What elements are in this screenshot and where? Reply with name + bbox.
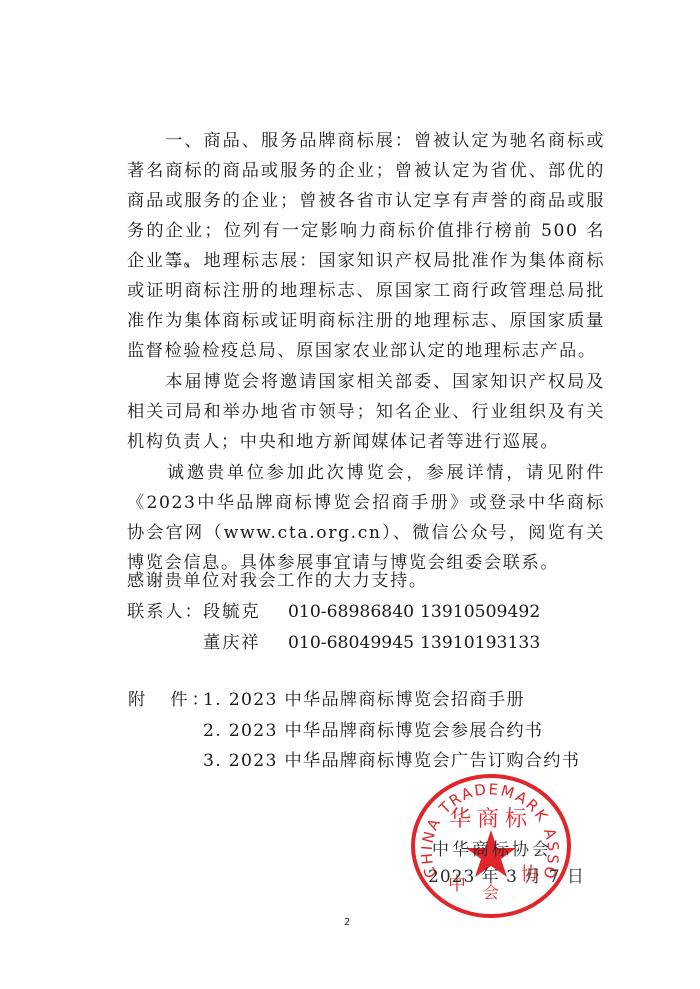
paragraph-invitees: 本届博览会将邀请国家相关部委、国家知识产权局及相关司局和举办地省市领导；知名企业… <box>127 367 605 457</box>
contact-name: 董庆祥 <box>203 628 261 658</box>
signature-date: 2023 年 3 月 7 日 <box>428 864 585 890</box>
attachment-item-1[interactable]: 1. 2023 中华品牌商标博览会招商手册 <box>203 685 525 715</box>
paragraph-geo-exhibition: 二、地理标志展：国家知识产权局批准作为集体商标或证明商标注册的地理标志、原国家工… <box>127 246 605 366</box>
document-page: 一、商品、服务品牌商标展：曾被认定为驰名商标或著名商标的商品或服务的企业；曾被认… <box>0 0 700 989</box>
paragraph-invitation: 诚邀贵单位参加此次博览会，参展详情，请见附件《2023中华品牌商标博览会招商手册… <box>127 458 605 578</box>
signature-org: 中华商标协会 <box>432 837 552 863</box>
contact-name: 段毓克 <box>203 597 261 627</box>
attachments-label: 附 件： <box>128 685 213 715</box>
attachment-item-2[interactable]: 2. 2023 中华品牌商标博览会参展合约书 <box>203 716 543 746</box>
contact-phone: 010-68986840 <box>288 597 414 627</box>
contacts-label: 联系人： <box>127 597 204 627</box>
contact-mobile: 13910193133 <box>420 628 540 658</box>
svg-text:华商标: 华商标 <box>449 807 533 832</box>
contact-mobile: 13910509492 <box>420 597 540 627</box>
contact-phone: 010-68049945 <box>288 628 414 658</box>
thanks-line: 感谢贵单位对我会工作的大力支持。 <box>127 566 428 596</box>
page-number: 2 <box>344 917 350 928</box>
